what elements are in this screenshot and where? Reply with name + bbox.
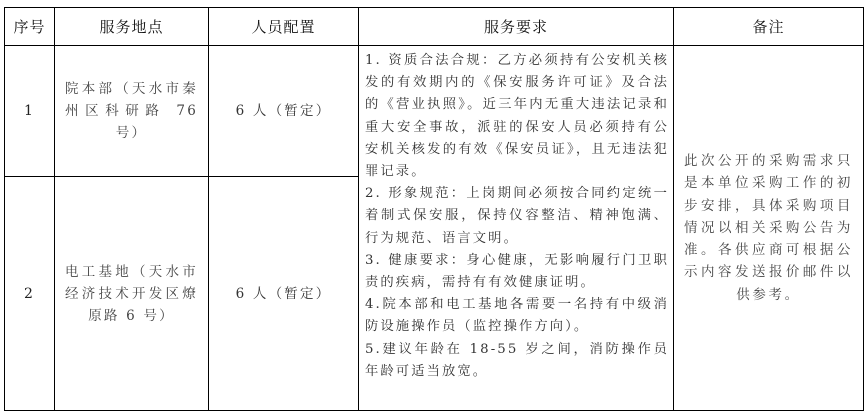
header-remarks: 备注 bbox=[674, 8, 864, 46]
table-row: 1 院本部（天水市秦州区科研路 76 号） 6 人（暂定） 1. 资质合法合规：… bbox=[5, 46, 864, 177]
row-index-cell: 1 bbox=[5, 46, 55, 177]
requirement-item: 3. 健康要求：身心健康，无影响履行门卫职责的疾病，需持有有效健康证明。 bbox=[365, 250, 669, 294]
table-header-row: 序号 服务地点 人员配置 服务要求 备注 bbox=[5, 8, 864, 46]
location-cell: 院本部（天水市秦州区科研路 76 号） bbox=[55, 46, 209, 177]
staffing-cell: 6 人（暂定） bbox=[209, 177, 359, 411]
service-location: 电工基地（天水市经济技术开发区燎原路 6 号） bbox=[55, 261, 208, 327]
header-index: 序号 bbox=[5, 8, 55, 46]
row-index-cell: 2 bbox=[5, 177, 55, 411]
procurement-table-container: 序号 服务地点 人员配置 服务要求 备注 1 院本部（天水市秦州区科研路 76 … bbox=[4, 7, 864, 411]
header-requirements: 服务要求 bbox=[359, 8, 674, 46]
staffing-value: 6 人（暂定） bbox=[236, 286, 332, 302]
remarks-cell: 此次公开的采购需求只是本单位采购工作的初步安排，具体采购项目情况以相关采购公告为… bbox=[674, 46, 864, 411]
staffing-value: 6 人（暂定） bbox=[236, 103, 332, 119]
requirement-item: 2. 形象规范：上岗期间必须按合同约定统一着制式保安服，保持仪容整洁、精神饱满、… bbox=[365, 183, 669, 250]
requirement-item: 5.建议年龄在 18-55 岁之间，消防操作员年龄可适当放宽。 bbox=[365, 339, 669, 383]
staffing-cell: 6 人（暂定） bbox=[209, 46, 359, 177]
service-location: 院本部（天水市秦州区科研路 76 号） bbox=[55, 78, 208, 144]
header-location: 服务地点 bbox=[55, 8, 209, 46]
remarks-text: 此次公开的采购需求只是本单位采购工作的初步安排，具体采购项目情况以相关采购公告为… bbox=[674, 150, 863, 305]
requirement-item: 1. 资质合法合规：乙方必须持有公安机关核发的有效期内的《保安服务许可证》及合法… bbox=[365, 50, 669, 183]
header-staffing: 人员配置 bbox=[209, 8, 359, 46]
requirements-cell: 1. 资质合法合规：乙方必须持有公安机关核发的有效期内的《保安服务许可证》及合法… bbox=[359, 46, 674, 411]
location-cell: 电工基地（天水市经济技术开发区燎原路 6 号） bbox=[55, 177, 209, 411]
requirement-item: 4.院本部和电工基地各需要一名持有中级消防设施操作员（监控操作方向）。 bbox=[365, 294, 669, 338]
row-index: 2 bbox=[24, 286, 35, 302]
service-requirements-table: 序号 服务地点 人员配置 服务要求 备注 1 院本部（天水市秦州区科研路 76 … bbox=[4, 7, 864, 411]
row-index: 1 bbox=[24, 103, 35, 119]
